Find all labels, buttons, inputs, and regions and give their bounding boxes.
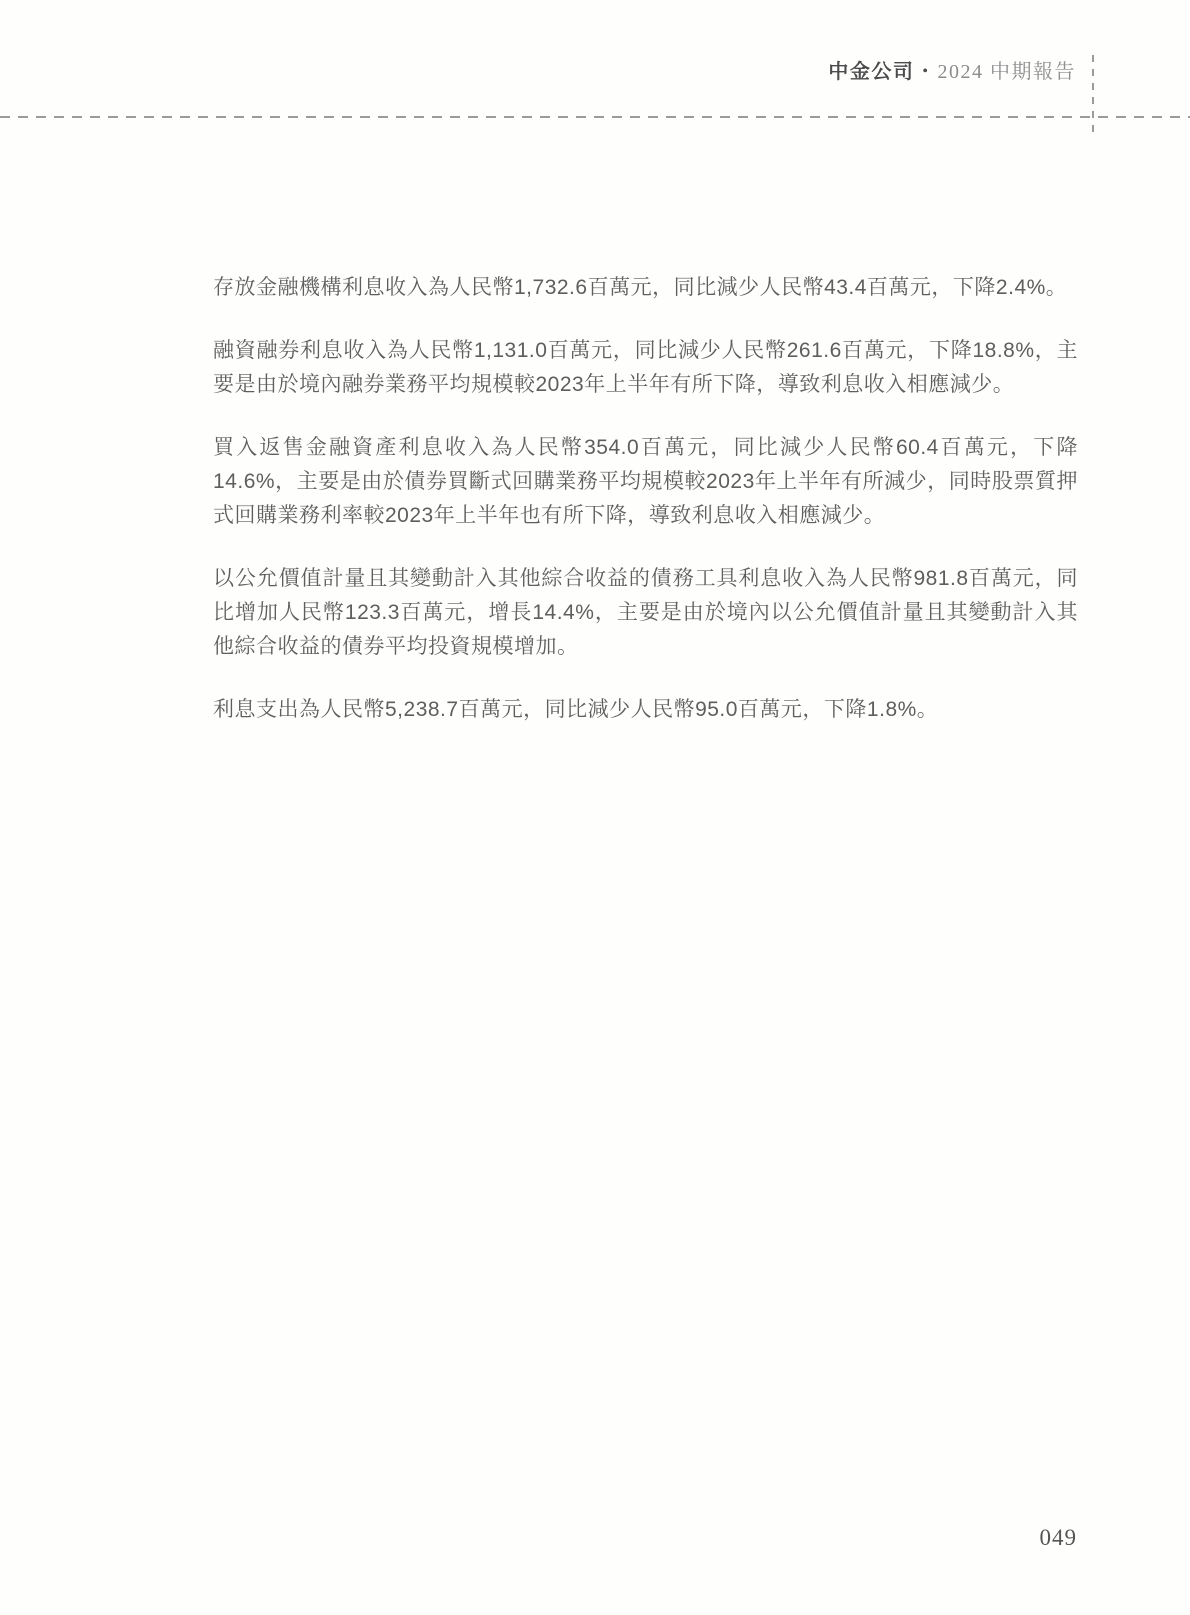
horizontal-dashed-divider [0, 116, 1190, 118]
body-text: 存放金融機構利息收入為人民幣1,732.6百萬元，同比減少人民幣43.4百萬元，… [213, 271, 1078, 727]
company-name: 中金公司 [828, 61, 914, 83]
paragraph-reverse-repo-interest: 買入返售金融資產利息收入為人民幣354.0百萬元，同比減少人民幣60.4百萬元，… [213, 431, 1078, 533]
paragraph-margin-financing-interest: 融資融券利息收入為人民幣1,131.0百萬元，同比減少人民幣261.6百萬元，下… [213, 334, 1078, 402]
report-title: 2024 中期報告 [938, 61, 1077, 83]
page-number: 049 [1040, 1525, 1078, 1551]
paragraph-interest-expense: 利息支出為人民幣5,238.7百萬元，同比減少人民幣95.0百萬元，下降1.8%… [213, 693, 1078, 727]
vertical-dashed-divider [1092, 55, 1094, 136]
paragraph-fvoci-debt-instruments-interest: 以公允價值計量且其變動計入其他綜合收益的債務工具利息收入為人民幣981.8百萬元… [213, 562, 1078, 664]
header-bullet-separator: • [922, 63, 929, 80]
paragraph-deposits-with-financial-institutions-interest: 存放金融機構利息收入為人民幣1,732.6百萬元，同比減少人民幣43.4百萬元，… [213, 271, 1078, 305]
report-page: 中金公司•2024 中期報告 存放金融機構利息收入為人民幣1,732.6百萬元，… [0, 0, 1190, 1615]
report-header: 中金公司•2024 中期報告 [828, 60, 1076, 84]
